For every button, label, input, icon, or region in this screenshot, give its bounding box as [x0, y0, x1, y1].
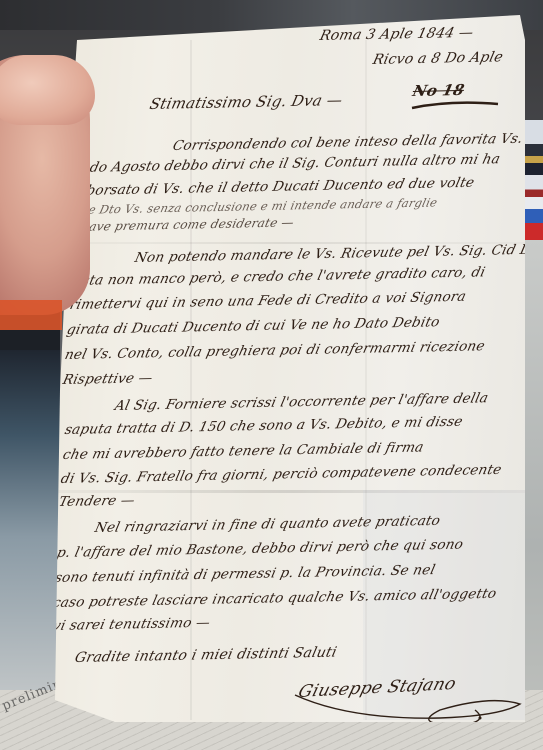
letter-line: rimettervi qui in seno una Fede di Credi…: [68, 289, 468, 313]
background-table-left: [0, 350, 60, 690]
letter-received-note: Ricvo a 8 Do Aple: [371, 49, 504, 68]
letter-line: Suave premura come desiderate —: [71, 215, 295, 234]
letter-date: Roma 3 Aple 1844 —: [318, 25, 475, 44]
letter-line: Tendere —: [57, 492, 136, 510]
orange-sleeve: [0, 300, 62, 330]
letter-line: Ado Agosto debbo dirvi che il Sig. Contu…: [78, 151, 502, 176]
underline-flourish-icon: [410, 98, 500, 112]
letter-line: Al Sig. Forniere scrissi l'occorrente pe…: [113, 390, 490, 414]
letter-line: nel Vs. Conto, colla preghiera poi di co…: [63, 338, 486, 363]
letter-line: che mi avrebbero fatto tenere la Cambial…: [61, 439, 425, 463]
letter-salutation: Stimatissimo Sig. Dva —: [148, 91, 344, 113]
letter-line: di Vs. Sig. Fratello fra giorni, perciò …: [59, 462, 503, 487]
letter-line: girata di Ducati Ducento di cui Ve ne ho…: [65, 314, 441, 338]
letter-closing: Gradite intanto i miei distinti Saluti: [73, 645, 338, 666]
letter-paper: Roma 3 Aple 1844 — Ricvo a 8 Do Aple No …: [55, 10, 530, 730]
letter-line: Non potendo mandare le Vs. Ricevute pel …: [133, 241, 543, 266]
letter-line: Rispettive —: [61, 370, 154, 388]
letter-line: Sue Dto Vs. senza conclusione e mi inten…: [71, 195, 438, 217]
thumb: [0, 55, 95, 125]
letter-line: vi sarei tenutissimo —: [51, 615, 212, 634]
letter-line: saputa tratta di D. 150 che sono a Vs. D…: [63, 414, 464, 438]
letter-line: Corrispondendo col bene inteso della fav…: [171, 130, 543, 154]
letter-line: vista non manco però, e credo che l'avre…: [68, 264, 487, 289]
